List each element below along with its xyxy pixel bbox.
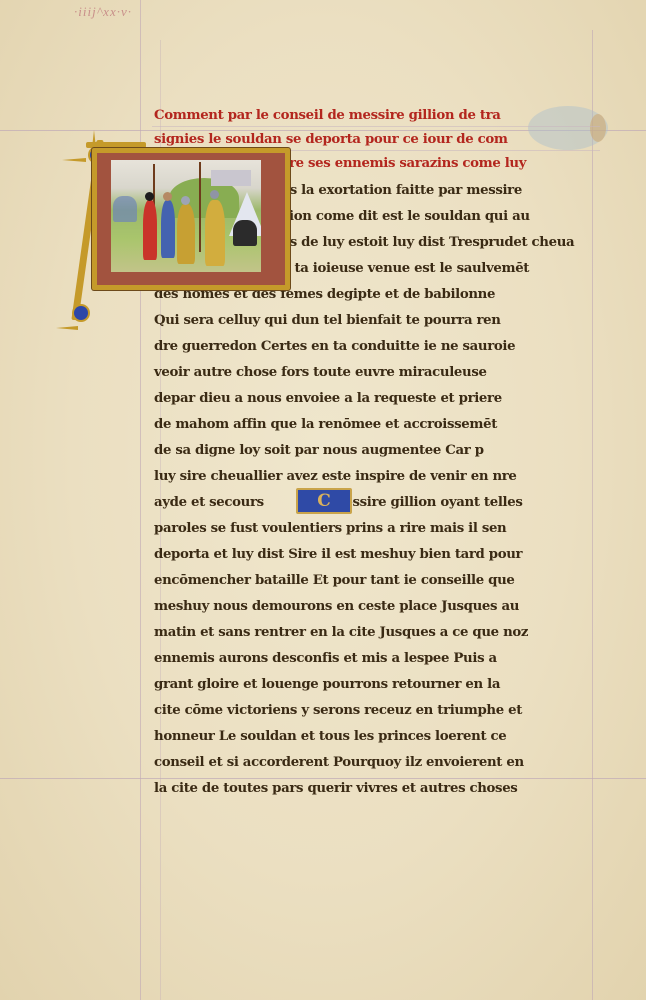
sultan-gold-robe — [205, 200, 225, 266]
soldier-head — [145, 192, 154, 201]
knight-head — [181, 196, 190, 205]
text-line: lier ta ioieuse venue est le saulvemēt — [266, 259, 529, 279]
text-line: meshuy nous demourons en ceste place Jus… — [154, 597, 519, 617]
text-line: cite cōme victoriens y serons receuz en … — [154, 701, 522, 721]
text-line: pres de luy estoit luy dist Tresprudet c… — [266, 233, 574, 253]
crowd-background — [113, 196, 137, 222]
gold-spike — [62, 158, 86, 162]
text-line: de mahom affin que la renōmee et accrois… — [154, 415, 497, 435]
right-margin-ruling — [592, 30, 593, 1000]
text-line: deporta et luy dist Sire il est meshuy b… — [154, 545, 522, 565]
text-line: Messire gillion oyant telles — [330, 493, 522, 513]
text-line: ayde et secours — [154, 493, 264, 513]
ruling — [152, 126, 600, 127]
initial-blue-ornament-bottom — [74, 306, 88, 320]
historiated-initial-miniature — [62, 130, 272, 335]
horse-rider — [233, 220, 257, 246]
knight-head — [163, 192, 172, 201]
rubric-line: Comment par le conseil de messire gillio… — [154, 106, 501, 126]
text-line: dre guerredon Certes en ta conduitte ie … — [154, 337, 515, 357]
text-line: encōmencher bataille Et pour tant ie con… — [154, 571, 515, 591]
gold-spike — [92, 130, 96, 148]
text-line: de sa digne loy soit par nous augmentee … — [154, 441, 484, 461]
spear — [199, 162, 201, 252]
miniature-scene — [111, 160, 261, 272]
text-line: paroles se fust voulentiers prins a rire… — [154, 519, 506, 539]
gold-spike — [56, 326, 78, 330]
text-line: matin et sans rentrer en la cite Jusques… — [154, 623, 528, 643]
text-line: conseil et si accorderent Pourquoy ilz e… — [154, 753, 524, 773]
sultan-head — [210, 190, 219, 199]
decorated-initial: C — [296, 488, 352, 514]
distant-city — [211, 170, 251, 186]
miniature-frame — [92, 148, 290, 290]
rubric-line: batre ses ennemis sarazins come luy — [266, 154, 526, 174]
text-line: pres la exortation faitte par messire — [266, 181, 522, 201]
soldier-red — [143, 200, 157, 260]
text-line: gillion come dit est le souldan qui au — [266, 207, 530, 227]
text-line: depar dieu a nous envoiee a la requeste … — [154, 389, 502, 409]
text-line: veoir autre chose fors toute euvre mirac… — [154, 363, 487, 383]
text-line: honneur Le souldan et tous les princes l… — [154, 727, 506, 747]
knight-gold — [177, 204, 195, 264]
folio-number: ·iiij^xx·v· — [74, 4, 132, 20]
text-line: luy sire cheuallier avez este inspire de… — [154, 467, 517, 487]
text-line: ennemis aurons desconfis et mis a lespee… — [154, 649, 497, 669]
text-line: la cite de toutes pars querir vivres et … — [154, 779, 517, 799]
knight-blue — [161, 200, 175, 258]
text-line: grant gloire et louenge pourrons retourn… — [154, 675, 500, 695]
brown-stain — [590, 114, 606, 142]
